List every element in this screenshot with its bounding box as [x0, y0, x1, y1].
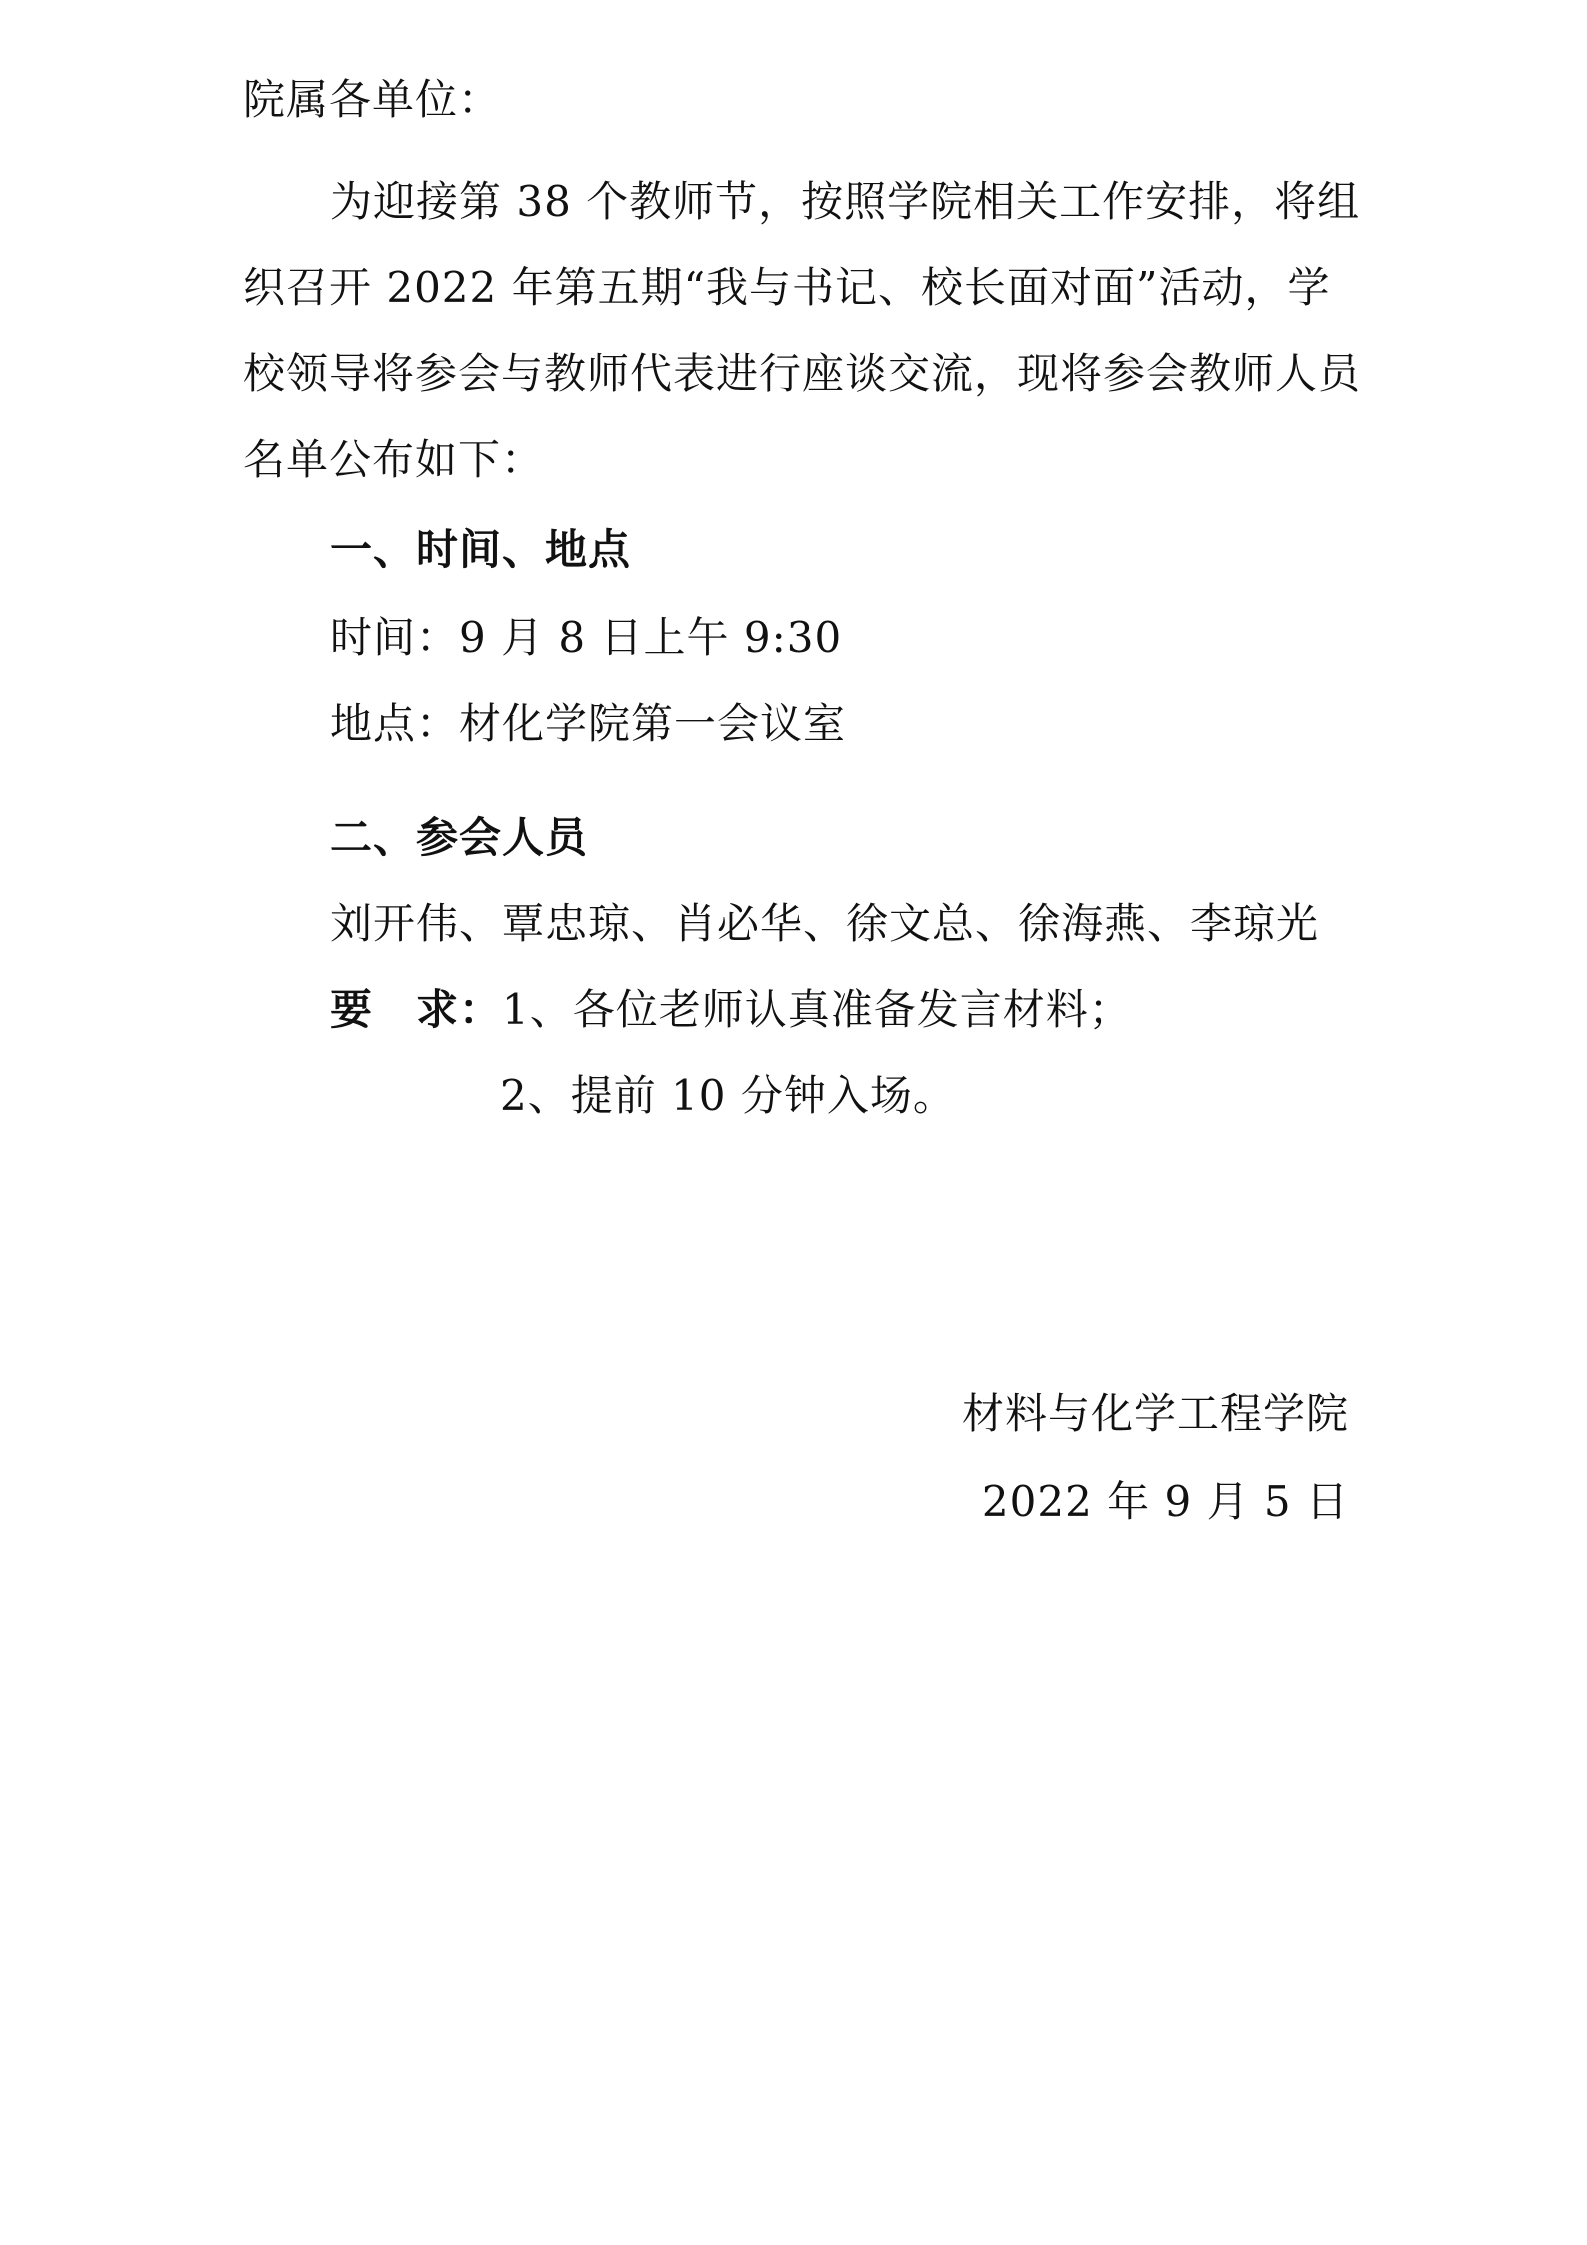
salutation: 院属各单位：: [243, 70, 501, 130]
intro-paragraph-line-1: 为迎接第 38 个教师节，按照学院相关工作安排，将组: [330, 172, 1360, 232]
requirement-item-1: 1、各位老师认真准备发言材料；: [502, 985, 1132, 1034]
document-page: 院属各单位： 为迎接第 38 个教师节，按照学院相关工作安排，将组 织召开 20…: [0, 0, 1587, 2245]
meeting-place: 地点：材化学院第一会议室: [330, 694, 846, 754]
intro-paragraph-line-3: 校领导将参会与教师代表进行座谈交流，现将参会教师人员: [243, 344, 1361, 404]
signature-date: 2022 年 9 月 5 日: [982, 1472, 1349, 1532]
signature-organization: 材料与化学工程学院: [962, 1384, 1349, 1444]
intro-paragraph-line-2: 织召开 2022 年第五期“我与书记、校长面对面”活动，学: [243, 258, 1331, 318]
intro-paragraph-line-4: 名单公布如下：: [243, 430, 544, 490]
meeting-time: 时间：9 月 8 日上午 9:30: [330, 608, 842, 668]
requirement-1-row: 要 求：1、各位老师认真准备发言材料；: [330, 980, 1132, 1040]
section-heading-attendees: 二、参会人员: [330, 808, 588, 868]
requirement-item-2: 2、提前 10 分钟入场。: [500, 1066, 956, 1126]
attendee-list: 刘开伟、覃忠琼、肖必华、徐文总、徐海燕、李琼光: [330, 894, 1319, 954]
requirements-label: 要 求：: [330, 985, 502, 1034]
section-heading-time-place: 一、时间、地点: [330, 520, 631, 580]
